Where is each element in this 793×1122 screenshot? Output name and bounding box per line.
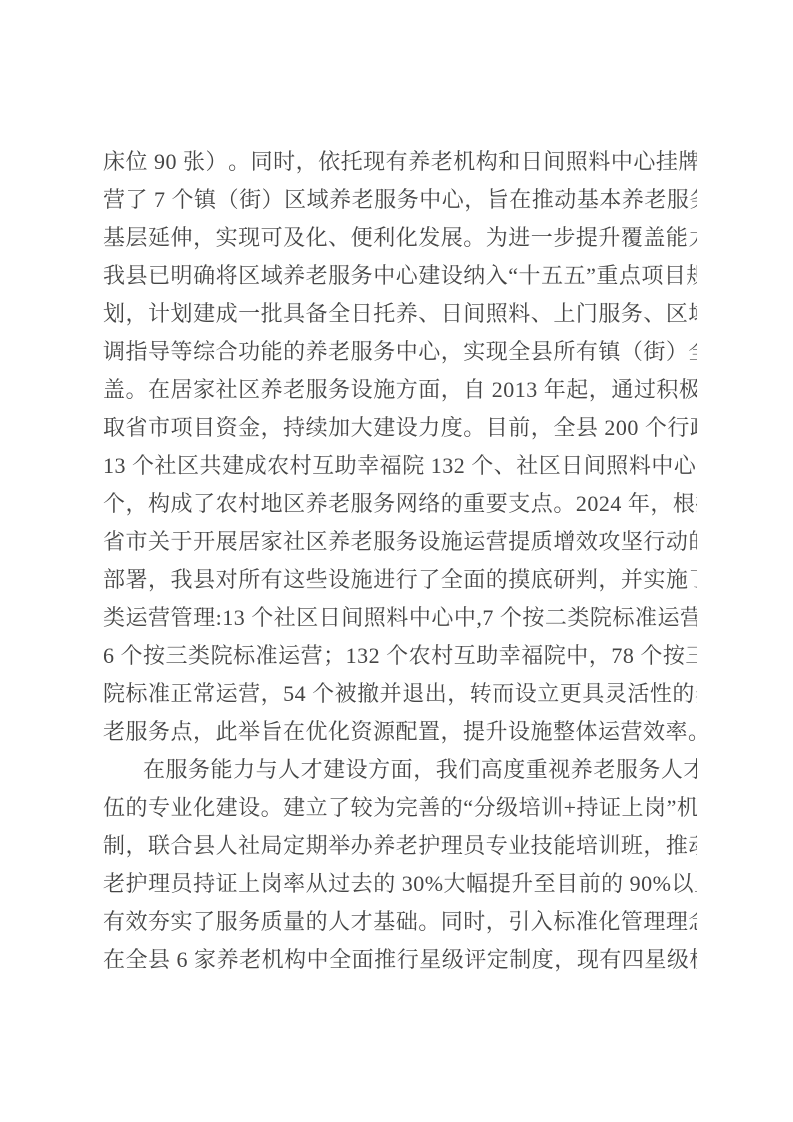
text-line: 有效夯实了服务质量的人才基础。同时，引入标准化管理理念， — [103, 903, 697, 941]
text-line: 6 个按三类院标准运营；132 个农村互助幸福院中，78 个按三类 — [103, 637, 697, 675]
text-line: 营了 7 个镇（街）区域养老服务中心，旨在推动基本养老服务向 — [103, 181, 697, 219]
paragraph-talent: 在服务能力与人才建设方面，我们高度重视养老服务人才队 伍的专业化建设。建立了较为… — [103, 751, 697, 979]
paragraph-facilities: 床位 90 张）。同时，依托现有养老机构和日间照料中心挂牌运 营了 7 个镇（街… — [103, 143, 697, 751]
text-line: 省市关于开展居家社区养老服务设施运营提质增效攻坚行动的 — [103, 523, 697, 561]
text-line: 在服务能力与人才建设方面，我们高度重视养老服务人才队 — [103, 751, 697, 789]
text-line: 基层延伸，实现可及化、便利化发展。为进一步提升覆盖能力， — [103, 219, 697, 257]
text-line: 我县已明确将区域养老服务中心建设纳入“十五五”重点项目规 — [103, 257, 697, 295]
text-line: 类运营管理:13 个社区日间照料中心中,7 个按二类院标准运营, — [103, 599, 697, 637]
document-page: 床位 90 张）。同时，依托现有养老机构和日间照料中心挂牌运 营了 7 个镇（街… — [0, 0, 793, 1122]
document-body-text: 床位 90 张）。同时，依托现有养老机构和日间照料中心挂牌运 营了 7 个镇（街… — [103, 143, 697, 979]
text-line: 老护理员持证上岗率从过去的 30%大幅提升至目前的 90%以上， — [103, 865, 697, 903]
text-line: 划，计划建成一批具备全日托养、日间照料、上门服务、区域协 — [103, 295, 697, 333]
text-line: 在全县 6 家养老机构中全面推行星级评定制度，现有四星级机构 — [103, 941, 697, 979]
text-line: 老服务点，此举旨在优化资源配置，提升设施整体运营效率。 — [103, 713, 697, 751]
text-line: 盖。在居家社区养老服务设施方面，自 2013 年起，通过积极争 — [103, 371, 697, 409]
text-line: 调指导等综合功能的养老服务中心，实现全县所有镇（街）全覆 — [103, 333, 697, 371]
text-line: 个，构成了农村地区养老服务网络的重要支点。2024 年，根据 — [103, 485, 697, 523]
text-line: 制，联合县人社局定期举办养老护理员专业技能培训班，推动养 — [103, 827, 697, 865]
text-line: 伍的专业化建设。建立了较为完善的“分级培训+持证上岗”机 — [103, 789, 697, 827]
text-line: 部署，我县对所有这些设施进行了全面的摸底研判，并实施了分 — [103, 561, 697, 599]
text-line: 床位 90 张）。同时，依托现有养老机构和日间照料中心挂牌运 — [103, 143, 697, 181]
text-line: 取省市项目资金，持续加大建设力度。目前，全县 200 个行政村、 — [103, 409, 697, 447]
text-line: 13 个社区共建成农村互助幸福院 132 个、社区日间照料中心 13 — [103, 447, 697, 485]
text-line: 院标准正常运营，54 个被撤并退出，转而设立更具灵活性的养 — [103, 675, 697, 713]
